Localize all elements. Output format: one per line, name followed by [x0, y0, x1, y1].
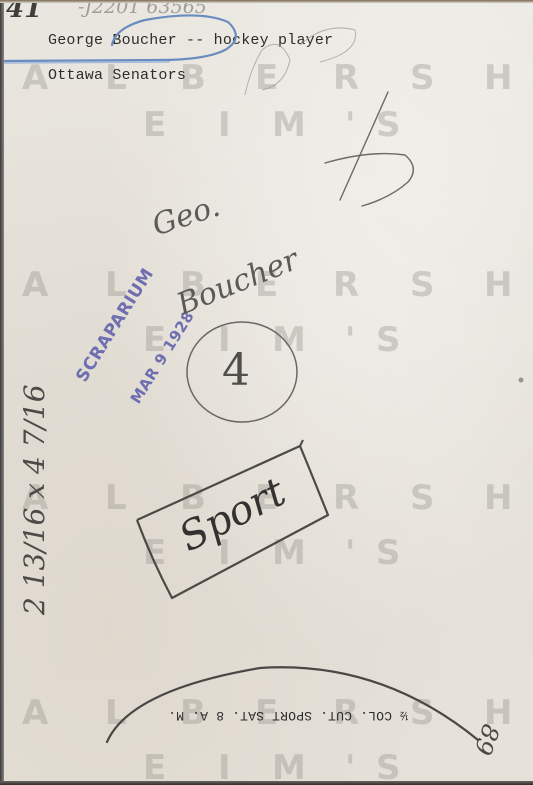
- x-mark: [340, 92, 388, 200]
- pencil-marks-layer: [0, 0, 533, 785]
- upside-down-typed-note: ½ COL. CUT. SPORT SAT. 8 A. M.: [168, 708, 408, 723]
- bottom-edge-shadow: [0, 781, 533, 785]
- top-edge: [0, 0, 533, 3]
- blue-pencil-oval: [2, 15, 236, 61]
- bottom-arc: [107, 667, 478, 742]
- circled-number: 4: [222, 345, 250, 396]
- left-edge-shadow: [0, 0, 4, 785]
- handwritten-dimensions: 2 13/16 x 4 7/16: [18, 384, 51, 615]
